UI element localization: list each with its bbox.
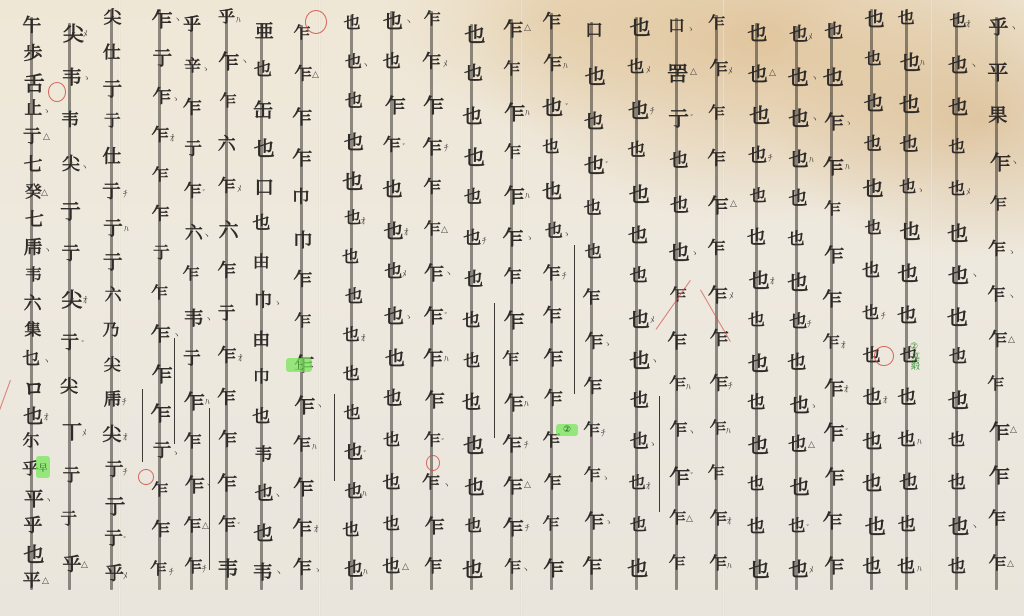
notation-glyph: 乍 [710,375,729,393]
notation-glyph: 也 [789,190,808,208]
small-annotation-mark: ｵ [966,17,971,30]
notation-glyph: 乍 [987,376,1004,392]
notation-glyph: 乍 [987,287,1005,304]
notation-glyph: 也 [344,561,363,579]
notation-glyph: 也 [899,137,918,155]
notation-glyph: 也 [749,271,770,291]
notation-glyph: 也 [865,516,886,536]
notation-glyph: 也 [252,216,270,233]
notation-glyph: 乍 [151,285,168,301]
notation-glyph: 乍 [152,364,173,384]
small-annotation-mark: ﾊ [917,435,922,448]
small-annotation-mark: ｵ [770,274,775,287]
notation-glyph: 尓 [23,434,40,450]
notation-glyph: 乍 [424,264,444,283]
small-annotation-mark: △ [1007,559,1014,569]
notation-glyph: 乍 [217,474,237,493]
notation-glyph: 口 [668,18,685,34]
notation-glyph: 亍 [218,305,236,322]
small-annotation-mark: ｵ [841,338,846,351]
small-annotation-mark: △ [769,68,776,78]
notation-glyph: 乍 [710,510,728,527]
notation-glyph: 也 [788,560,808,579]
notation-glyph: 也 [864,136,882,153]
notation-glyph: 辛 [184,58,201,74]
notation-glyph: 乎 [105,566,124,584]
notation-glyph: 乍 [824,245,844,264]
notation-glyph: 乍 [217,263,236,281]
small-annotation-mark: ｵ [361,214,366,227]
notation-glyph: 也 [949,349,967,366]
small-annotation-mark: △ [81,560,88,570]
notation-glyph: 乍 [504,393,524,412]
small-annotation-mark: ｵ [314,522,319,535]
small-annotation-mark: ﾊ [124,222,129,235]
notation-glyph: 也 [862,474,882,493]
notation-glyph: 乍 [823,334,840,350]
notation-glyph: 也 [863,389,882,407]
notation-glyph: 也 [862,432,882,451]
notation-glyph: 也 [947,223,968,243]
notation-glyph: 韦 [62,68,82,87]
notation-glyph: 亍 [103,253,123,272]
small-annotation-mark: ﾊ [563,59,568,72]
notation-glyph: 亍 [102,79,122,98]
notation-glyph: 也 [343,366,360,382]
notation-glyph: 也 [383,12,403,31]
small-annotation-mark: ｵ [361,331,366,344]
notation-glyph: 也 [463,354,480,370]
notation-glyph: 也 [344,15,361,31]
notation-glyph: 尖 [60,379,78,396]
notation-glyph: 乍 [989,466,1010,486]
notation-glyph: 乍 [424,222,441,238]
notation-glyph: 也 [383,180,403,199]
notation-glyph: 乍 [708,240,726,257]
small-annotation-mark: ゝ [1007,245,1016,258]
notation-glyph: 也 [788,518,805,534]
notation-glyph: 乍 [425,516,445,535]
notation-glyph: 乍 [292,108,312,127]
notation-glyph: 乍 [990,152,1011,172]
small-annotation-mark: ゝ [42,104,51,117]
notation-glyph: 也 [345,288,363,305]
notation-glyph: 尖 [61,290,82,310]
notation-glyph: 也 [630,517,647,533]
notation-glyph: 也 [747,518,765,535]
notation-glyph: 也 [864,52,881,68]
notation-glyph: 乍 [293,436,311,453]
notation-glyph: 由 [253,254,270,270]
notation-glyph: 也 [542,97,563,117]
notation-glyph: 乍 [708,15,725,31]
notation-glyph: 也 [23,545,44,565]
small-annotation-mark: ゛ [806,522,815,535]
small-annotation-mark: ﾁ [525,521,530,534]
small-annotation-mark: ゝ [313,563,322,576]
notation-glyph: 也 [344,210,361,226]
small-annotation-mark: ﾒ [402,267,407,280]
notation-glyph: 亍 [102,183,121,201]
small-annotation-mark: ゝ [171,446,180,459]
notation-glyph: 乍 [825,467,845,486]
notation-glyph: 也 [465,518,482,534]
notation-glyph: 也 [345,54,362,70]
small-annotation-mark: ｵ [404,225,409,238]
notation-glyph: 也 [749,559,770,579]
notation-glyph: 乎 [183,16,201,33]
notation-glyph: 乍 [503,20,523,39]
notation-glyph: 乍 [424,306,444,325]
notation-glyph: 亍 [23,129,42,147]
small-annotation-mark: ゛ [237,520,246,533]
small-annotation-mark: △ [808,440,815,450]
small-annotation-mark: ゛ [123,534,132,547]
notation-glyph: 也 [462,395,481,413]
bracket-line [174,338,175,444]
notation-glyph: 乍 [708,465,725,481]
notation-glyph: 也 [897,306,917,325]
small-annotation-mark: ゝ [562,227,571,240]
small-annotation-mark: △ [41,188,48,198]
notation-glyph: 也 [252,408,270,425]
notation-glyph: 也 [790,478,810,497]
notation-glyph: 乎 [62,556,81,574]
small-annotation-mark: ﾒ [650,313,655,326]
notation-glyph: 亍 [60,512,77,528]
notation-glyph: 乍 [583,289,601,306]
red-circle-mark [874,346,894,366]
small-annotation-mark: 丶 [1010,156,1019,169]
notation-glyph: 乍 [707,150,726,168]
notation-glyph: 也 [345,483,363,500]
notation-glyph: 也 [385,348,405,367]
notation-glyph: 乍 [184,434,202,451]
small-annotation-mark: ゛ [402,141,411,154]
notation-glyph: 亍 [60,201,81,221]
red-circle-mark [48,82,66,102]
notation-glyph: 乍 [823,157,844,177]
notation-glyph: 也 [899,474,918,492]
small-annotation-mark: ｵ [883,393,888,406]
notation-glyph: 也 [464,25,485,45]
small-annotation-mark: ﾁ [123,187,128,200]
notation-glyph: 也 [382,558,400,575]
notation-glyph: 罟 [667,63,688,83]
small-annotation-mark: ﾊ [236,13,241,26]
notation-glyph: 乍 [543,517,560,533]
notation-glyph: 乍 [424,11,441,27]
notation-glyph: 乍 [669,377,686,393]
notation-glyph: 乍 [184,392,205,412]
notation-glyph: 也 [865,220,882,236]
notation-glyph: 也 [630,392,649,410]
small-annotation-mark: ｵ [727,514,732,527]
small-annotation-mark: ゝ [690,246,699,259]
notation-glyph: 也 [464,189,482,206]
notation-glyph: 也 [789,150,809,169]
notation-glyph: 也 [253,524,273,543]
small-annotation-mark: 丶 [521,563,530,576]
notation-glyph: 也 [584,111,604,130]
notation-glyph: 乍 [184,559,202,576]
notation-glyph: 也 [464,148,485,168]
notation-glyph: 乍 [151,404,172,424]
small-annotation-mark: ゝ [686,22,695,35]
notation-glyph: 也 [585,67,606,87]
notation-glyph: 乍 [503,476,523,495]
notation-glyph: 也 [948,559,966,576]
notation-glyph: 乍 [669,511,686,527]
small-annotation-mark: △ [312,70,319,80]
small-annotation-mark: ゝ [171,92,180,105]
notation-glyph: 乍 [824,201,841,217]
notation-glyph: 午 [22,17,41,35]
small-annotation-mark: ゝ [648,437,657,450]
notation-glyph: 也 [948,97,968,116]
notation-glyph: 亍 [105,461,124,479]
notation-glyph: 也 [862,305,879,321]
notation-glyph: 六 [219,221,239,240]
notation-glyph: 也 [788,68,809,88]
notation-glyph: 乍 [544,391,563,409]
notation-glyph: 乎 [218,9,235,25]
notation-glyph: 也 [748,353,769,373]
notation-glyph: 也 [463,436,484,456]
small-annotation-mark: ヽ [315,399,324,412]
notation-glyph: 平 [24,489,44,508]
small-annotation-mark: ｵ [170,131,175,144]
notation-glyph: 乍 [293,518,313,537]
notation-glyph: 也 [948,517,969,537]
notation-glyph: 也 [947,307,968,327]
notation-glyph: 乍 [502,435,522,454]
notation-glyph: 也 [629,309,650,329]
small-annotation-mark: ゛ [363,448,372,461]
notation-glyph: 也 [255,485,274,503]
notation-glyph: 乍 [152,206,170,223]
notation-glyph: 亍 [105,496,126,516]
notation-glyph: 亍 [60,334,79,352]
notation-glyph: 乍 [543,307,562,325]
notation-glyph: 缶 [253,100,273,119]
small-annotation-mark: △ [524,23,531,33]
small-annotation-mark: ゛ [605,159,614,172]
notation-glyph: 乍 [184,183,202,200]
notation-glyph: 乍 [824,556,844,575]
notation-glyph: 也 [864,94,884,113]
notation-glyph: 乍 [504,144,521,160]
notation-glyph: 也 [384,264,402,281]
small-annotation-mark: △ [730,199,737,209]
notation-glyph: 也 [823,68,844,88]
small-annotation-mark: 丶 [274,566,283,579]
small-annotation-mark: 丶 [273,489,282,502]
notation-glyph: 乍 [152,10,173,30]
small-annotation-mark: ﾒ [443,57,448,70]
small-annotation-mark: ﾊ [525,106,530,119]
notation-glyph: 也 [254,139,275,159]
notation-glyph: 也 [948,475,966,492]
small-annotation-mark: ヽ [80,160,89,173]
small-annotation-mark: ﾁ [524,438,529,451]
notation-glyph: 也 [542,139,559,155]
notation-glyph: 也 [748,312,765,328]
notation-glyph: 也 [898,10,915,26]
notation-glyph: 也 [948,55,968,74]
notation-glyph: 巾 [292,190,310,207]
notation-glyph: 乍 [708,105,725,121]
notation-glyph: 乍 [824,112,844,131]
notation-glyph: 乍 [422,474,440,491]
notation-glyph: 乍 [220,94,237,110]
small-annotation-mark: ﾁ [807,317,812,330]
small-annotation-mark: △ [202,521,209,531]
notation-glyph: 亍 [184,142,202,159]
notation-glyph: 也 [342,172,363,192]
notation-glyph: 乍 [988,242,1006,259]
notation-glyph: 乍 [150,561,167,577]
bracket-line [334,394,335,481]
small-annotation-mark: ﾒ [729,289,734,302]
small-annotation-mark: ｵ [44,410,49,423]
notation-glyph: 乍 [218,347,237,365]
notation-glyph: 乍 [583,423,600,439]
notation-glyph: 乍 [294,313,311,329]
notation-glyph: 尖 [104,357,121,373]
notation-glyph: 乍 [988,511,1006,528]
notation-glyph: 乍 [151,128,169,145]
notation-glyph: 尖 [103,9,121,26]
notation-glyph: 乍 [292,149,312,168]
small-annotation-mark: ﾁ [768,151,773,164]
small-annotation-mark: △ [524,480,531,490]
notation-glyph: 也 [628,101,649,121]
notation-glyph: 集 [24,323,41,339]
notation-glyph: 乍 [217,389,236,407]
notation-glyph: 乍 [425,390,445,409]
small-annotation-mark: 丶 [404,15,413,28]
notation-glyph: 乍 [151,482,168,498]
notation-glyph: 乍 [989,556,1007,573]
notation-glyph: 癸 [25,184,42,200]
notation-glyph: 乍 [989,331,1008,349]
notation-glyph: 也 [948,433,965,449]
small-annotation-mark: ｵ [646,479,651,492]
notation-glyph: 乍 [293,559,312,577]
small-annotation-mark: ﾊ [920,56,925,69]
small-annotation-mark: ゝ [525,231,534,244]
notation-glyph: 乍 [184,517,202,534]
small-annotation-mark: ゛ [845,426,854,439]
small-annotation-mark: ﾒ [808,30,813,43]
small-annotation-mark: ゝ [82,71,91,84]
notation-glyph: 也 [865,10,885,29]
small-annotation-mark: ﾁ [650,104,655,117]
notation-glyph: 止 [24,101,42,118]
notation-glyph: 也 [789,313,807,330]
notation-glyph: 平 [23,573,41,590]
notation-glyph: 乍 [543,55,562,73]
notation-glyph: 尖 [62,157,80,174]
small-annotation-mark: ﾊ [205,395,210,408]
notation-glyph: 乍 [709,60,728,78]
small-annotation-mark: ゝ [601,471,610,484]
notation-glyph: 也 [950,13,967,29]
small-annotation-mark: ｵ [238,351,243,364]
small-annotation-mark: ﾊ [524,397,529,410]
notation-glyph: 乍 [504,559,521,575]
small-annotation-mark: ﾒ [123,569,128,582]
small-annotation-mark: ヽ [204,312,213,325]
small-annotation-mark: 丶 [173,13,182,26]
small-annotation-mark: ヽ [42,354,51,367]
notation-glyph: 乍 [584,512,604,531]
notation-glyph: 乍 [293,272,312,290]
small-annotation-mark: 丶 [970,520,979,533]
notation-glyph: 亍 [153,246,170,262]
notation-glyph: 也 [629,184,650,204]
notation-glyph: 亍 [104,531,123,549]
notation-glyph: 也 [824,23,843,41]
notation-glyph: 乍 [503,227,524,247]
small-annotation-mark: ﾊ [726,424,731,437]
notation-glyph: 乍 [543,265,561,282]
small-annotation-mark: ゛ [81,338,90,351]
notation-glyph: 也 [464,66,483,84]
small-annotation-mark: ﾊ [363,565,368,578]
small-annotation-mark: ﾁ [444,141,449,154]
notation-glyph: 也 [948,265,969,285]
notation-glyph: 也 [749,106,770,126]
small-annotation-mark: ﾁ [881,309,886,322]
notation-glyph: 亍 [104,114,121,130]
notation-glyph: 也 [462,107,482,126]
notation-glyph: 六 [24,295,42,312]
notation-glyph: 也 [584,156,605,176]
green-highlight: ② [556,424,578,436]
notation-glyph: 乍 [424,558,442,575]
small-annotation-mark: ヽ [810,71,819,84]
small-annotation-mark: △ [1010,425,1017,435]
small-annotation-mark: ヽ [43,243,52,256]
notation-glyph: 六 [185,225,203,242]
notation-glyph: 由 [252,331,270,348]
small-annotation-mark: ﾊ [362,487,367,500]
small-annotation-mark: ﾊ [686,380,691,393]
notation-glyph: 也 [629,351,650,371]
notation-glyph: 乍 [218,178,236,195]
notation-glyph: 韦 [253,562,273,581]
notation-glyph: 也 [898,432,916,449]
small-annotation-mark: ﾁ [123,465,128,478]
notation-glyph: 也 [748,436,769,456]
notation-glyph: 乍 [667,332,687,351]
notation-glyph: 乍 [383,138,401,155]
notation-glyph: 亍 [61,245,80,263]
bracket-line [494,303,495,438]
notation-glyph: 也 [384,306,404,325]
green-highlight: 早 [36,456,50,478]
small-annotation-mark: ヽ [442,478,451,491]
small-annotation-mark: ﾁ [169,565,174,578]
bracket-line [142,389,143,462]
notation-glyph: 六 [218,136,236,153]
notation-glyph: 歩 [24,45,43,63]
notation-glyph: 也 [630,434,649,452]
notation-glyph: 也 [627,559,648,579]
small-annotation-mark: ﾊ [917,562,922,575]
